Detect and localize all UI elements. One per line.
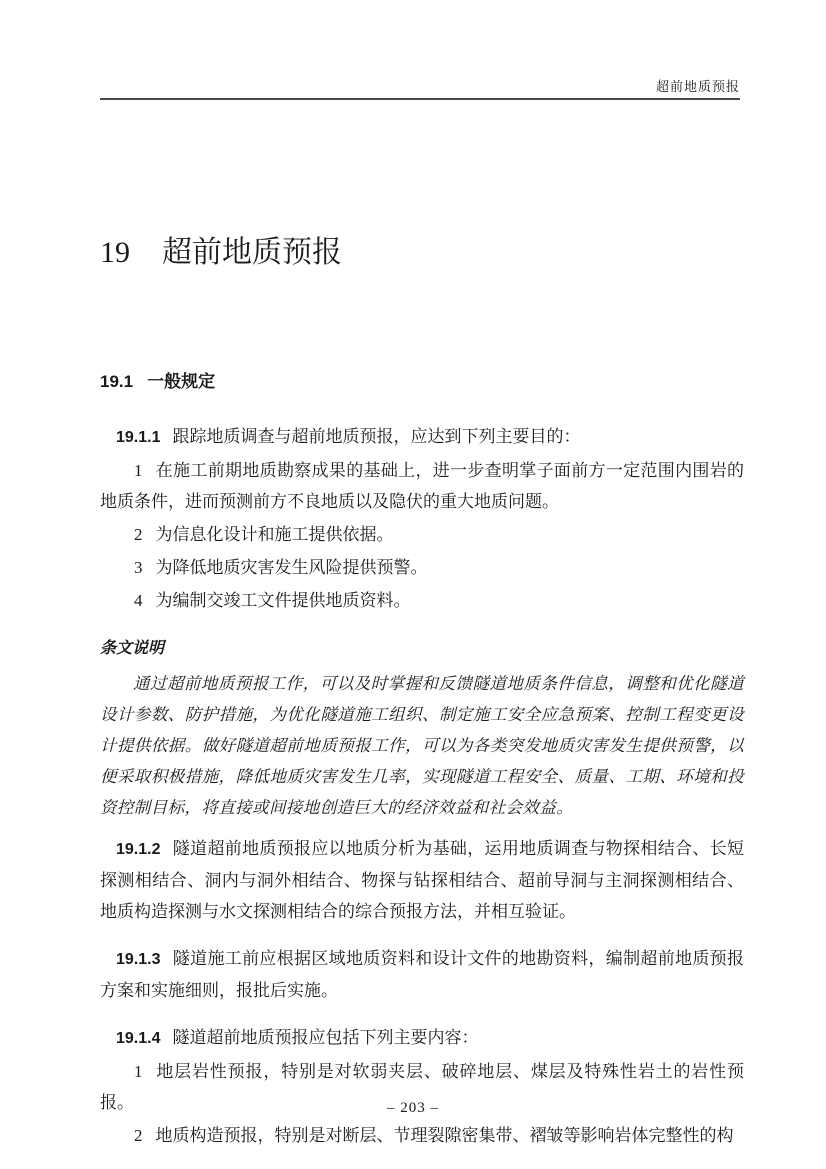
clause-19-1-1-item-2: 2为信息化设计和施工提供依据。 <box>100 519 744 550</box>
clause-text: 隧道超前地质预报应包括下列主要内容： <box>172 1028 478 1047</box>
clause-19-1-4-item-2: 2地质构造预报，特别是对断层、节理裂隙密集带、褶皱等影响岩体完整性的构 <box>100 1120 744 1151</box>
page-header: 超前地质预报 <box>100 0 740 100</box>
commentary-heading: 条文说明 <box>100 636 744 662</box>
clause-text: 跟踪地质调查与超前地质预报，应达到下列主要目的： <box>172 427 580 446</box>
chapter-title-text: 超前地质预报 <box>162 236 342 269</box>
section-title-text: 一般规定 <box>147 372 215 391</box>
clause-19-1-1: 19.1.1跟踪地质调查与超前地质预报，应达到下列主要目的： <box>100 421 744 453</box>
document-page: 超前地质预报 19超前地质预报 19.1一般规定 19.1.1跟踪地质调查与超前… <box>0 0 826 1169</box>
item-text: 地质构造预报，特别是对断层、节理裂隙密集带、褶皱等影响岩体完整性的构 <box>156 1126 734 1145</box>
item-text: 为编制交竣工文件提供地质资料。 <box>156 591 411 610</box>
commentary-paragraph: 通过超前地质预报工作，可以及时掌握和反馈隧道地质条件信息，调整和优化隧道设计参数… <box>100 668 744 823</box>
clause-19-1-1-item-3: 3为降低地质灾害发生风险提供预警。 <box>100 552 744 583</box>
clause-19-1-1-item-4: 4为编制交竣工文件提供地质资料。 <box>100 585 744 616</box>
section-number: 19.1 <box>100 372 133 391</box>
item-text: 为降低地质灾害发生风险提供预警。 <box>156 558 428 577</box>
page-body: 19超前地质预报 19.1一般规定 19.1.1跟踪地质调查与超前地质预报，应达… <box>100 97 744 1151</box>
item-text: 在施工前期地质勘察成果的基础上，进一步查明掌子面前方一定范围内围岩的地质条件，进… <box>100 461 744 511</box>
chapter-heading: 19超前地质预报 <box>100 235 744 271</box>
clause-19-1-2: 19.1.2隧道超前地质预报应以地质分析为基础，运用地质调查与物探相结合、长短探… <box>100 833 744 927</box>
running-header-text: 超前地质预报 <box>656 76 740 98</box>
clause-19-1-1-item-1: 1在施工前期地质勘察成果的基础上，进一步查明掌子面前方一定范围内围岩的地质条件，… <box>100 455 744 517</box>
item-number: 1 <box>134 1062 143 1081</box>
item-number: 4 <box>134 591 143 610</box>
item-number: 2 <box>134 525 143 544</box>
clause-number: 19.1.4 <box>116 1030 160 1047</box>
item-number: 3 <box>134 558 143 577</box>
clause-number: 19.1.1 <box>116 429 160 446</box>
section-heading: 19.1一般规定 <box>100 371 744 393</box>
item-text: 为信息化设计和施工提供依据。 <box>156 525 394 544</box>
item-number: 2 <box>134 1126 143 1145</box>
clause-19-1-4: 19.1.4隧道超前地质预报应包括下列主要内容： <box>100 1022 744 1054</box>
clause-number: 19.1.3 <box>116 951 160 968</box>
chapter-number: 19 <box>100 236 130 269</box>
page-number: – 203 – <box>0 1100 826 1117</box>
item-number: 1 <box>134 461 143 480</box>
clause-19-1-3: 19.1.3隧道施工前应根据区域地质资料和设计文件的地勘资料，编制超前地质预报方… <box>100 943 744 1006</box>
clause-text: 隧道施工前应根据区域地质资料和设计文件的地勘资料，编制超前地质预报方案和实施细则… <box>100 949 744 1000</box>
clause-text: 隧道超前地质预报应以地质分析为基础，运用地质调查与物探相结合、长短探测相结合、洞… <box>100 839 744 921</box>
clause-number: 19.1.2 <box>116 841 160 858</box>
